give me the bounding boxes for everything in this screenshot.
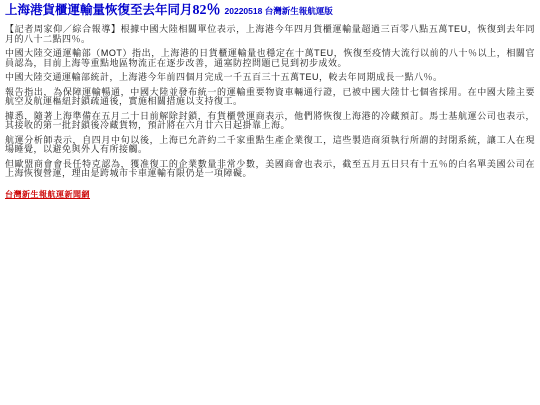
article-headline: 上海港貨櫃運輸量恢復至去年同月82％20220518 台灣新生報航運版 <box>5 3 535 19</box>
paragraph: 航運分析師表示，自四月中旬以後，上海已允許約二千家重點生產企業復工，這些製造商須… <box>5 136 535 155</box>
headline-dateline: 20220518 台灣新生報航運版 <box>225 6 333 16</box>
paragraph: 中國大陸交通運輸部統計，上海港今年前四個月完成一千五百三十五萬TEU，較去年同期… <box>5 73 535 83</box>
headline-text: 上海港貨櫃運輸量恢復至去年同月 <box>5 3 193 17</box>
article-page: 上海港貨櫃運輸量恢復至去年同月82％20220518 台灣新生報航運版 【記者周… <box>0 0 540 405</box>
footer-link[interactable]: 台灣新生報航運新聞網 <box>5 189 90 200</box>
paragraph: 報告指出，為保障運輸暢通，中國大陸並發布統一的運輸重要物資車輛通行證，已被中國大… <box>5 88 535 107</box>
article-body: 【記者周家仰／綜合報導】根據中國大陸相關單位表示，上海港今年四月貨櫃運輸量超過三… <box>5 25 535 179</box>
paragraph: 但歐盟商會會長任特克認為，獲准復工的企業數量非常少數，美國商會也表示，截至五月五… <box>5 160 535 179</box>
paragraph: 中國大陸交通運輸部（MOT）指出，上海港的日貨櫃運輸量也穩定在十萬TEU，恢復至… <box>5 49 535 68</box>
paragraph: 據悉，隨著上海準備在五月二十日前解除封鎖，有貨櫃營運商表示，他們將恢復上海港的冷… <box>5 112 535 131</box>
headline-percent: 82％ <box>193 3 221 18</box>
paragraph: 【記者周家仰／綜合報導】根據中國大陸相關單位表示，上海港今年四月貨櫃運輸量超過三… <box>5 25 535 44</box>
